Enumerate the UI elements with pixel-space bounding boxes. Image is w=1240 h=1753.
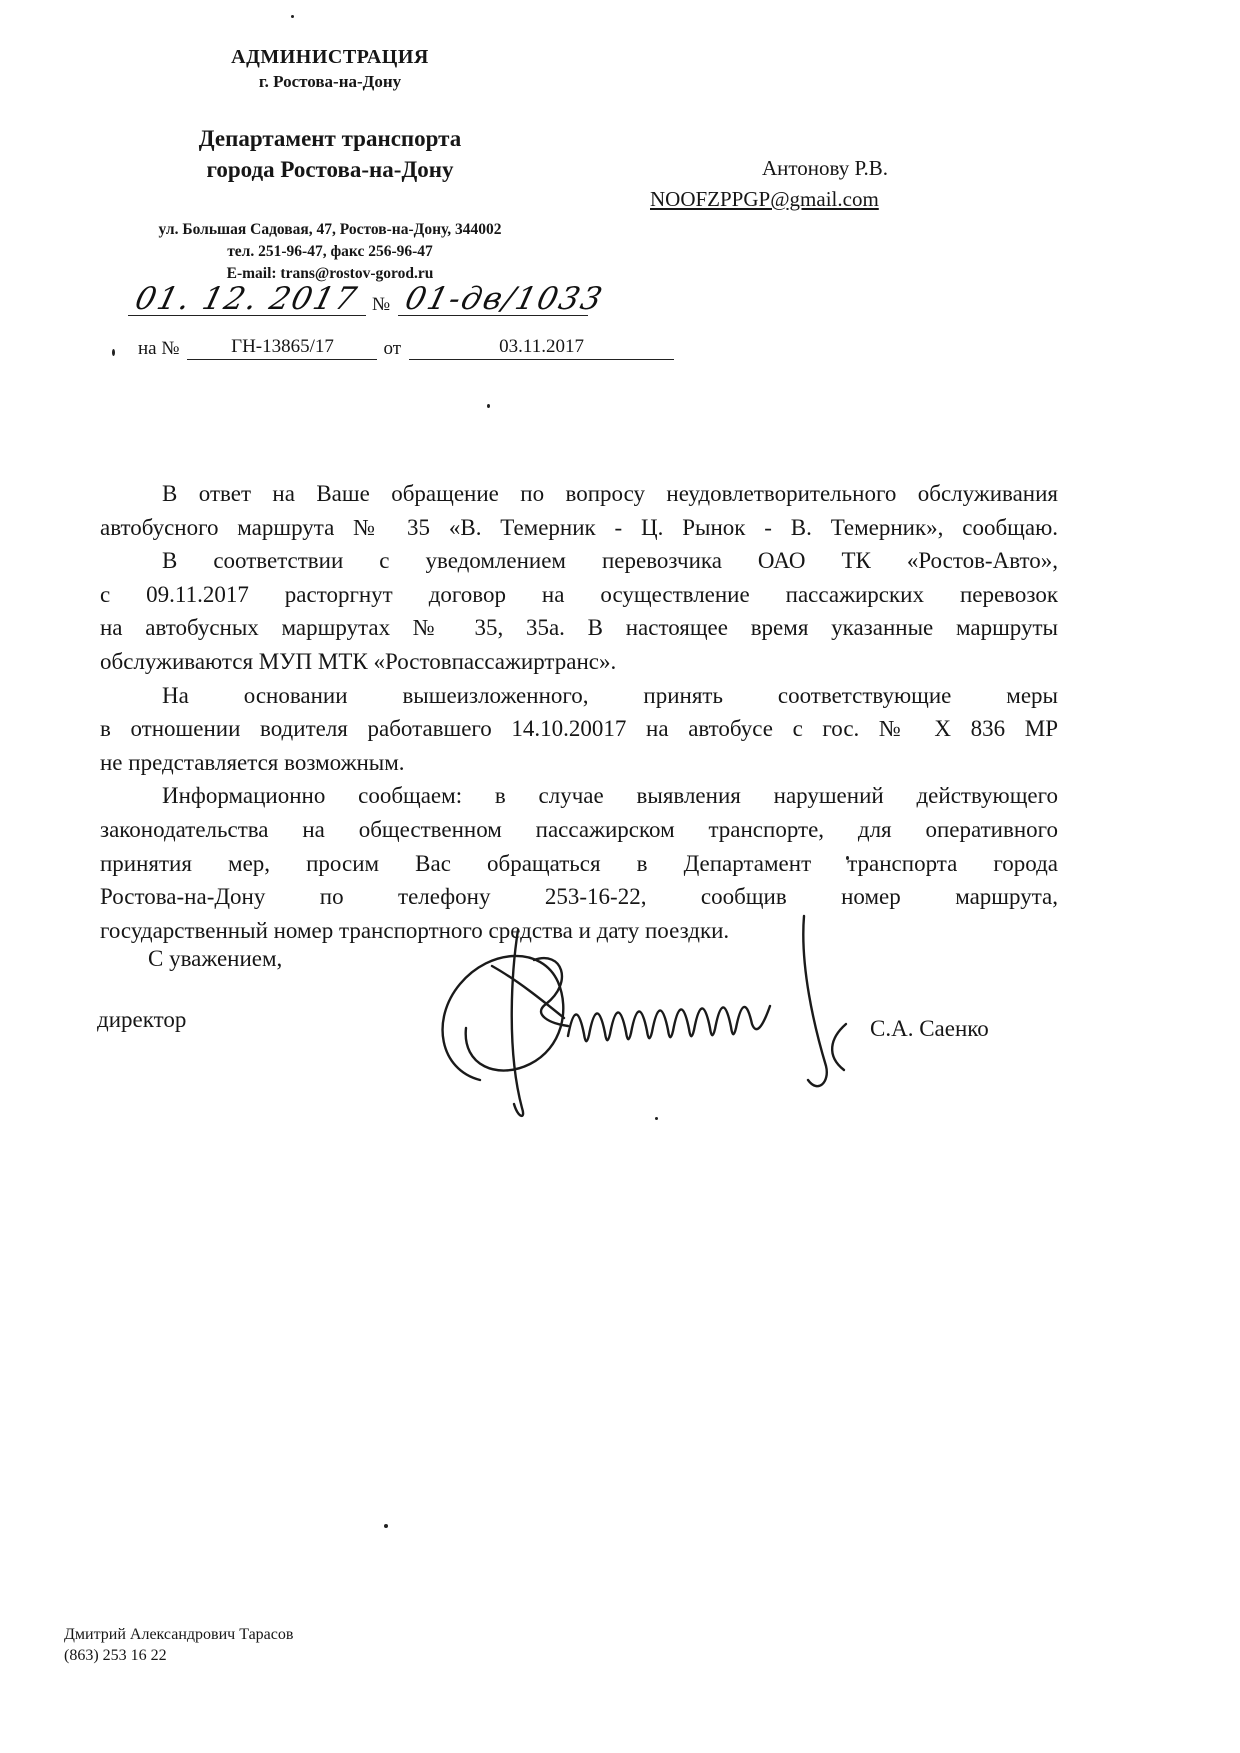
org-address: ул. Большая Садовая, 47, Ростов-на-Дону,… — [105, 219, 555, 241]
body-line: На основании вышеизложенного, принять со… — [100, 679, 1058, 713]
handwritten-date: 01. 12. 2017 — [132, 281, 362, 317]
scan-speck — [291, 15, 294, 18]
in-reply-number: ГН-13865/17 — [231, 336, 334, 358]
handwritten-number: 01-дв/1033 — [402, 281, 608, 317]
in-reply-label: на № — [138, 338, 187, 360]
in-reply-ref-row: на № ГН-13865/17 от 03.11.2017 — [138, 326, 738, 360]
outgoing-ref-row: 01. 12. 2017 № 01-дв/1033 — [128, 272, 688, 316]
body-line: В соответствии с уведомлением перевозчик… — [100, 544, 1058, 578]
body-line: автобусного маршрута № 35 «В. Темерник -… — [100, 511, 1058, 545]
department-line2: города Ростова-на-Дону — [105, 154, 555, 185]
in-reply-number-field: ГН-13865/17 — [187, 331, 377, 360]
executor-phone: (863) 253 16 22 — [64, 1645, 293, 1666]
body-line: не представляется возможным. — [100, 746, 1058, 780]
closing-phrase: С уважением, — [148, 946, 282, 972]
recipient-block: Антонову Р.В. NOOFZPPGP@gmail.com — [650, 156, 960, 212]
body-line: В ответ на Ваше обращение по вопросу неу… — [100, 477, 1058, 511]
org-name: АДМИНИСТРАЦИЯ — [105, 46, 555, 69]
body-line: обслуживаются МУП МТК «Ростовпассажиртра… — [100, 645, 1058, 679]
org-city: г. Ростова-на-Дону — [105, 72, 555, 92]
outgoing-date-field: 01. 12. 2017 — [128, 275, 366, 316]
scan-speck — [384, 1524, 388, 1528]
body-line: принятия мер, просим Вас обращаться в Де… — [100, 847, 1058, 881]
org-phone-fax: тел. 251-96-47, факс 256-96-47 — [105, 241, 555, 263]
letterhead: АДМИНИСТРАЦИЯ г. Ростова-на-Дону Департа… — [105, 46, 555, 285]
body-line: Информационно сообщаем: в случае выявлен… — [100, 779, 1058, 813]
signer-name: С.А. Саенко — [870, 1016, 989, 1042]
number-sign-label: № — [366, 294, 398, 316]
executor-block: Дмитрий Александрович Тарасов (863) 253 … — [64, 1624, 293, 1666]
letter-body: В ответ на Ваше обращение по вопросу неу… — [100, 477, 1058, 947]
body-line: на автобусных маршрутах № 35, 35а. В нас… — [100, 611, 1058, 645]
department-name: Департамент транспорта города Ростова-на… — [105, 123, 555, 185]
in-reply-date: 03.11.2017 — [499, 336, 584, 358]
body-line: с 09.11.2017 расторгнут договор на осуще… — [100, 578, 1058, 612]
scan-speck — [655, 1117, 658, 1120]
scan-speck — [487, 404, 490, 408]
handwritten-signature — [422, 908, 872, 1123]
department-line1: Департамент транспорта — [105, 123, 555, 154]
in-reply-date-field: 03.11.2017 — [409, 331, 674, 360]
signer-title: директор — [97, 1007, 186, 1033]
body-line: законодательства на общественном пассажи… — [100, 813, 1058, 847]
outgoing-number-field: 01-дв/1033 — [398, 275, 588, 316]
scan-speck — [112, 349, 115, 356]
scan-speck — [846, 856, 849, 860]
body-line: в отношении водителя работавшего 14.10.2… — [100, 712, 1058, 746]
recipient-name: Антонову Р.В. — [650, 156, 960, 181]
scanned-letter-page: { "letterhead": { "org_top": "АДМИНИСТРА… — [0, 0, 1240, 1753]
recipient-email: NOOFZPPGP@gmail.com — [650, 187, 960, 212]
from-label: от — [377, 338, 409, 360]
executor-name: Дмитрий Александрович Тарасов — [64, 1624, 293, 1645]
